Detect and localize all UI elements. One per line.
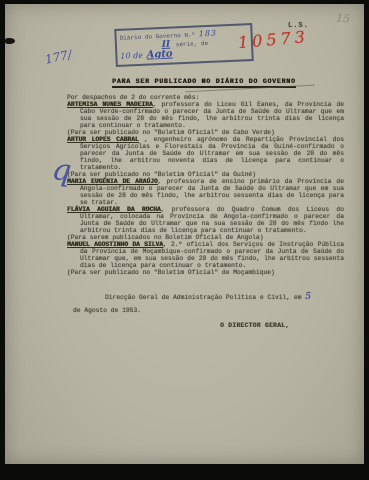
person-name: MARIA EUGÉNIA DE ARAÚJO (67, 178, 158, 185)
publication-note: (Para ser publicado no "Boletim Oficial"… (67, 129, 344, 136)
stamp-handwritten-day: 10 de (120, 51, 143, 61)
closing-line-2: de Agosto de 1953. (67, 304, 344, 317)
signature-title: O DIRECTOR GERAL, (67, 322, 344, 329)
ink-blot (5, 38, 15, 44)
closing-block: Direcção Geral de Administração Política… (67, 291, 344, 317)
publication-note: (Para serem publicados no Boletim Oficia… (67, 234, 344, 241)
pencil-page-number: 15 (336, 12, 351, 26)
entry-paragraph: ARTUR LOPES CABRAL , engenheiro agrónomo… (67, 136, 344, 171)
document-page: 15 L.S. 10573 177/ Diário do Governo N.º… (5, 4, 364, 464)
person-name: ARTUR LOPES CABRAL (67, 136, 139, 143)
stamp-handwritten-number: 183 (199, 29, 218, 39)
stamp-handwritten-month: Agto (146, 49, 173, 61)
person-name: MANUEL AGOSTINHO DA SILVA (67, 241, 163, 248)
person-name: FLÁVIA AGUIAR DA ROCHA (67, 206, 161, 213)
handwritten-day: 5 (305, 292, 311, 302)
entry-paragraph: MANUEL AGOSTINHO DA SILVA, 2.º oficial d… (67, 241, 344, 269)
publication-note: (Para ser publicado no "Boletim Oficial"… (67, 269, 344, 276)
entry-paragraph: MARIA EUGÉNIA DE ARAÚJO, professora de e… (67, 178, 344, 206)
diario-do-governo-stamp: Diário do Governo N.º 183 II série, de 1… (114, 23, 254, 67)
stamp-series-label: série, de (176, 40, 209, 48)
publication-note: (Para ser publicado no "Boletim Oficial"… (67, 171, 344, 178)
closing-office: Direcção Geral de Administração Política… (105, 294, 302, 301)
margin-reference-number: 177/ (44, 47, 73, 66)
intro-line: Por despachos de 2 do corrente mês: (67, 94, 344, 101)
entry-paragraph: ARTEMISA NUNES MADEIRA, professora do Li… (67, 101, 344, 129)
document-body: Por despachos de 2 do corrente mês: ARTE… (67, 94, 344, 329)
person-name: ARTEMISA NUNES MADEIRA (67, 101, 153, 108)
entry-paragraph: FLÁVIA AGUIAR DA ROCHA, professora do Qu… (67, 206, 344, 234)
closing-line-1: Direcção Geral de Administração Política… (67, 291, 344, 304)
